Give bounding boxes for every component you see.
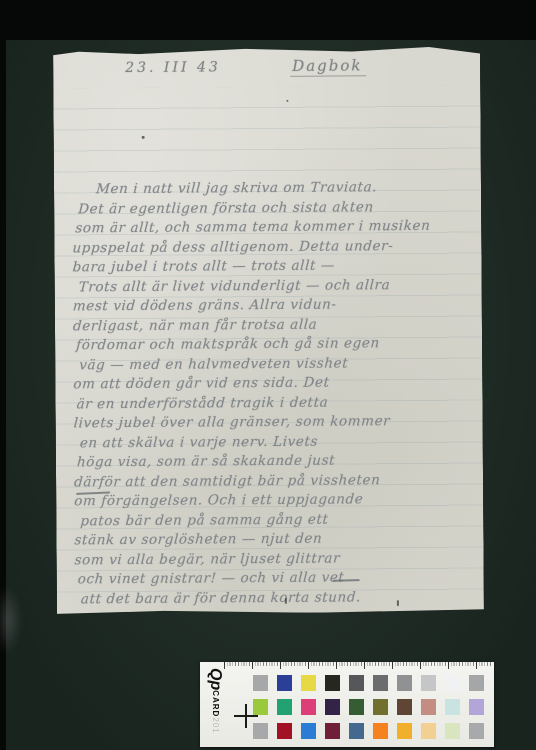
color-patch — [445, 723, 460, 739]
color-patch — [421, 675, 436, 691]
color-patch — [325, 699, 340, 715]
color-patch — [277, 699, 292, 715]
color-patch — [349, 723, 364, 739]
handwriting-line: som är allt, och samma tema kommer i mus… — [75, 217, 473, 239]
color-patch — [421, 699, 436, 715]
handwriting-line: patos bär den på samma gång ett — [80, 509, 475, 531]
page-header: 23. III 43 Dagbok — [53, 54, 480, 87]
handwriting-line: Men i natt vill jag skriva om Traviata. — [95, 178, 472, 200]
ink-speck — [285, 598, 287, 604]
color-patch — [277, 675, 292, 691]
qpcard-model-number: 201 — [211, 717, 220, 733]
color-patch — [301, 699, 316, 715]
handwriting-line: stänk av sorglösheten — njut den — [74, 529, 475, 551]
color-patch — [325, 723, 340, 739]
color-patch — [253, 675, 268, 691]
color-patch — [397, 675, 412, 691]
qpcard-logo: QpCARD201 — [203, 668, 225, 744]
handwriting-line: om förgängelsen. Och i ett uppjagande — [74, 490, 475, 512]
color-patch — [253, 723, 268, 739]
qpcard-logo-text: Qp — [207, 668, 224, 690]
color-patch — [373, 723, 388, 739]
ink-speck — [397, 600, 399, 606]
archival-photo: 23. III 43 Dagbok Men i natt vill jag sk… — [0, 0, 536, 750]
color-calibration-card: QpCARD201 — [200, 662, 494, 747]
color-patch — [325, 675, 340, 691]
color-patch — [373, 675, 388, 691]
color-patch — [445, 675, 460, 691]
ruler-ticks — [224, 662, 492, 669]
handwriting-line: livets jubel över alla gränser, som komm… — [73, 412, 474, 434]
ink-speck — [142, 136, 145, 139]
entry-date: 23. III 43 — [125, 59, 221, 76]
handwritten-text: Men i natt vill jag skriva om Traviata.D… — [72, 178, 475, 610]
handwriting-line: om att döden går vid ens sida. Det — [73, 373, 474, 395]
color-patch — [301, 723, 316, 739]
color-patch — [301, 675, 316, 691]
color-patch — [349, 675, 364, 691]
handwriting-line: mest vid dödens gräns. Allra vidun- — [72, 295, 473, 317]
color-patch — [397, 723, 412, 739]
color-patch — [397, 699, 412, 715]
diary-page: 23. III 43 Dagbok Men i natt vill jag sk… — [53, 46, 484, 615]
color-patch — [421, 723, 436, 739]
color-patch — [349, 699, 364, 715]
handwriting-line: bara jubel i trots allt — trots allt — — [72, 256, 473, 278]
handwriting-line: och vinet gnistrar! — och vi alla vet — [77, 568, 475, 590]
mat-smudge — [0, 585, 22, 655]
color-patch-grid — [253, 675, 484, 739]
ink-speck — [286, 100, 288, 102]
color-patch — [469, 699, 484, 715]
color-patch — [373, 699, 388, 715]
color-patch — [253, 699, 268, 715]
color-patch — [445, 699, 460, 715]
page-title: Dagbok — [290, 56, 366, 77]
handwriting-line: att det bara är för denna korta stund. — [80, 587, 475, 609]
handwriting-line: fördomar och maktspråk och gå sin egen — [75, 334, 473, 356]
color-patch — [469, 675, 484, 691]
color-patch — [277, 723, 292, 739]
qpcard-logo-suffix: CARD — [211, 690, 220, 717]
color-patch — [469, 723, 484, 739]
handwriting-line: höga visa, som är så skakande just — [76, 451, 474, 473]
